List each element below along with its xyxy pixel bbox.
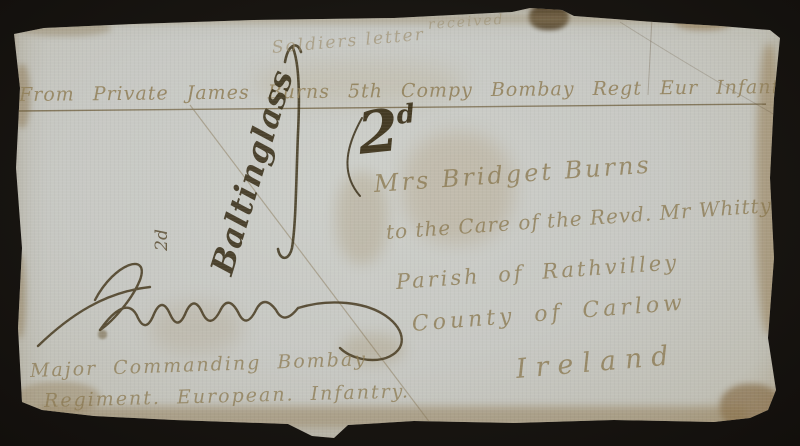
envelope: received Soldiers letter From Private Ja… — [14, 8, 786, 440]
crease-diagonal — [620, 22, 784, 120]
stain-top-tab — [529, 4, 569, 30]
stain-top-edge — [14, 14, 786, 24]
address-line-parish: Parish of Rathvilley — [395, 250, 680, 294]
stain-bottom-right-corner — [720, 384, 782, 430]
stain-left-edge-lower — [14, 254, 26, 338]
endorsement-regiment-line: Regiment. European. Infantry. — [44, 380, 410, 412]
stain-center-small — [336, 172, 388, 264]
stain-signature-dot — [98, 330, 107, 339]
address-line-recipient: Mrs Bridget Burns — [373, 151, 653, 198]
officer-signature-scrawl — [38, 264, 402, 360]
sender-endorsement-line: From Private James Burns 5th Compy Bomba… — [19, 76, 800, 106]
baltinglass-flourish — [278, 45, 301, 257]
ink-strokes — [14, 8, 786, 440]
photo-background: received Soldiers letter From Private Ja… — [0, 0, 800, 446]
docket-received: received — [427, 12, 505, 33]
stain-mid-left — [150, 302, 242, 354]
stain-under-signature — [340, 334, 404, 364]
address-line-care-of: to the Care of the Revd. Mr Whitty. — [385, 193, 777, 244]
sender-line-underline — [18, 104, 766, 111]
rate-suffix: d — [395, 99, 416, 131]
side-rate-mark: 2d — [152, 229, 172, 251]
stain-top-right — [674, 10, 734, 30]
manuscript-rate-mark: 2d — [354, 94, 419, 168]
docket-soldiers-letter: Soldiers letter — [271, 25, 425, 58]
rate-paren-stroke — [347, 118, 362, 196]
stain-left-edge-upper — [14, 64, 30, 128]
address-line-county: County of Carlow — [411, 290, 687, 336]
diagonal-pen-stroke — [190, 105, 440, 436]
stain-right-edge — [756, 44, 782, 334]
rate-digit: 2 — [354, 96, 401, 168]
endorsement-major-line: Major Commanding Bombay — [30, 348, 368, 382]
baltinglass-town-mark: Baltinglass — [203, 65, 301, 279]
stain-center-large — [402, 132, 514, 244]
stain-bottom-edge — [40, 406, 746, 428]
stain-bottom-left — [16, 382, 100, 414]
address-line-country: Ireland — [515, 340, 679, 385]
stain-top-center-wash — [254, 62, 464, 104]
crease-vertical — [648, 18, 652, 95]
stain-top-left — [16, 20, 111, 36]
